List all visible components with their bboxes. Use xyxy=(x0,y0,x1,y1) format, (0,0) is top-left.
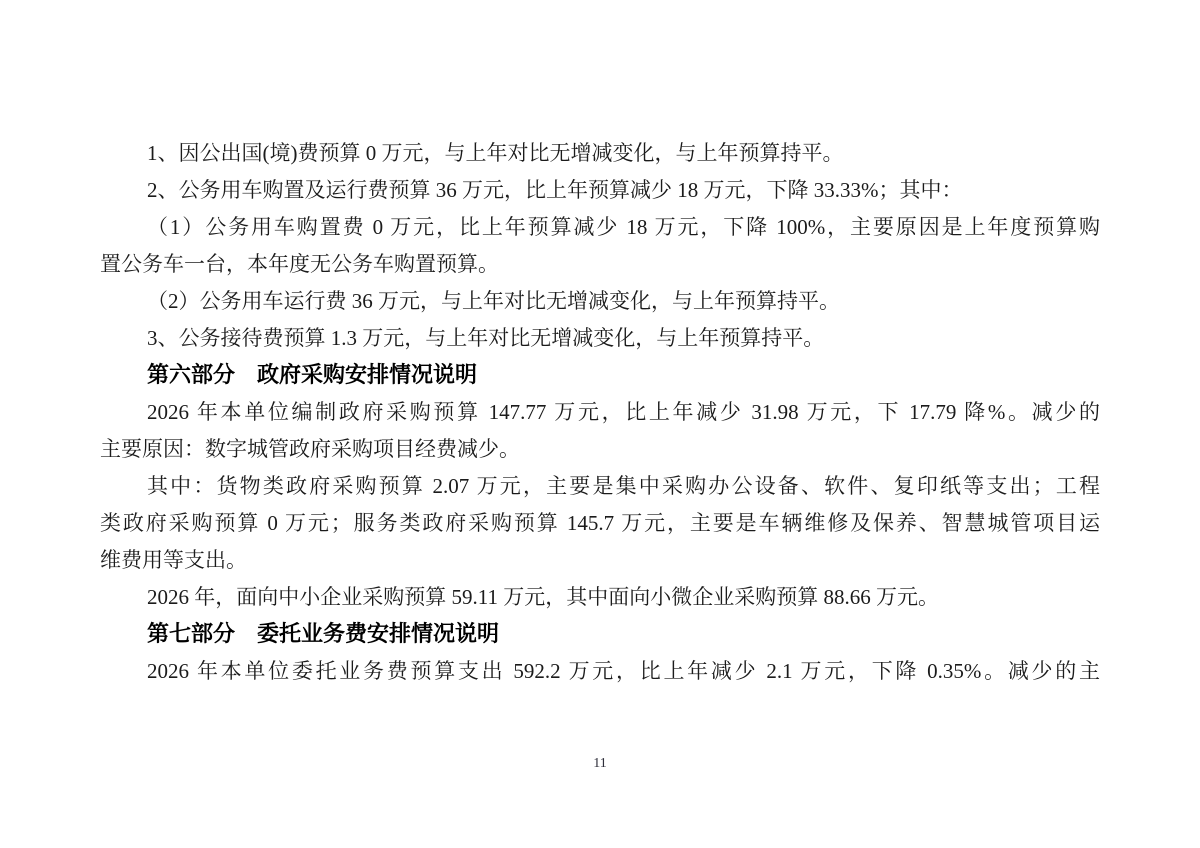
text-line-procurement-breakdown-3: 维费用等支出。 xyxy=(100,542,1100,579)
text-line-vehicle-operation-detail: （2）公务用车运行费 36 万元，与上年对比无增减变化，与上年预算持平。 xyxy=(100,283,1100,320)
text-line-procurement-total-1: 2026 年本单位编制政府采购预算 147.77 万元，比上年减少 31.98 … xyxy=(100,394,1100,431)
text-line-procurement-breakdown-2: 类政府采购预算 0 万元；服务类政府采购预算 145.7 万元，主要是车辆维修及… xyxy=(100,505,1100,542)
text-line-official-reception-budget: 3、公务接待费预算 1.3 万元，与上年对比无增减变化，与上年预算持平。 xyxy=(100,320,1100,357)
text-line-procurement-breakdown-1: 其中：货物类政府采购预算 2.07 万元，主要是集中采购办公设备、软件、复印纸等… xyxy=(100,468,1100,505)
document-page: 1、因公出国(境)费预算 0 万元，与上年对比无增减变化，与上年预算持平。 2、… xyxy=(0,0,1200,848)
text-line-vehicle-purchase-detail-2: 置公务车一台，本年度无公务车购置预算。 xyxy=(100,246,1100,283)
document-body: 1、因公出国(境)费预算 0 万元，与上年对比无增减变化，与上年预算持平。 2、… xyxy=(100,135,1100,690)
section-heading-part7: 第七部分 委托业务费安排情况说明 xyxy=(100,616,1100,653)
text-line-entrusted-business-budget: 2026 年本单位委托业务费预算支出 592.2 万元，比上年减少 2.1 万元… xyxy=(100,653,1100,690)
text-line-vehicle-purchase-operation-budget: 2、公务用车购置及运行费预算 36 万元，比上年预算减少 18 万元，下降 33… xyxy=(100,172,1100,209)
page-number: 11 xyxy=(0,754,1200,774)
text-line-procurement-total-2: 主要原因：数字城管政府采购项目经费减少。 xyxy=(100,431,1100,468)
text-line-outbound-travel-budget: 1、因公出国(境)费预算 0 万元，与上年对比无增减变化，与上年预算持平。 xyxy=(100,135,1100,172)
text-line-vehicle-purchase-detail-1: （1）公务用车购置费 0 万元，比上年预算减少 18 万元，下降 100%，主要… xyxy=(100,209,1100,246)
section-heading-part6: 第六部分 政府采购安排情况说明 xyxy=(100,357,1100,394)
text-line-sme-procurement: 2026 年，面向中小企业采购预算 59.11 万元，其中面向小微企业采购预算 … xyxy=(100,579,1100,616)
